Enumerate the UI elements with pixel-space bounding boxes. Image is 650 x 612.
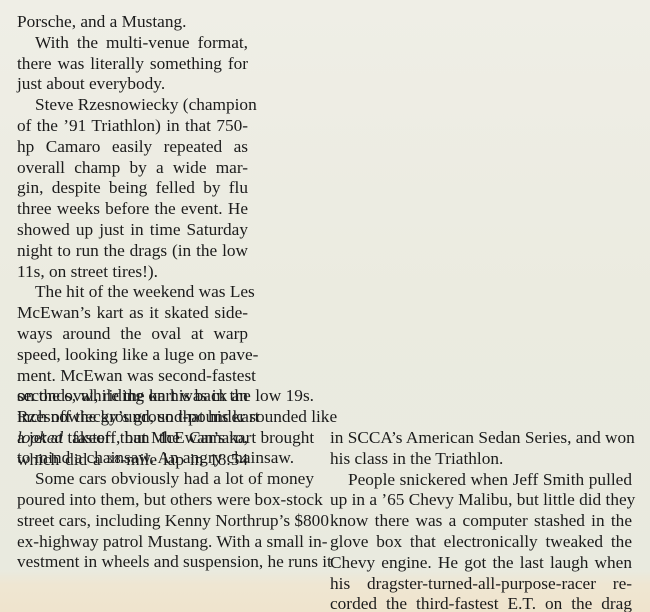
text-line: ment. McEwan was second-fastest (17, 366, 248, 387)
text-line: know there was a computer stashed in the (330, 511, 632, 532)
text-line: gin, despite being felled by flu (17, 178, 248, 199)
paragraph-start-line: With the multi-venue format, (17, 33, 248, 54)
text-line: speed, looking like a luge on pave- (17, 345, 248, 366)
paragraph-start-line: Some cars obviously had a lot of money (17, 469, 314, 490)
text-line: three weeks before the event. He (17, 199, 248, 220)
text-line: to mind a chainsaw. An angry chainsaw. (17, 448, 314, 469)
paragraph-start-line: People snickered when Jeff Smith pulled (330, 470, 632, 491)
text-line: seconds, while the kart was in the low 1… (17, 386, 314, 407)
text-line: in SCCA’s American Sedan Series, and won (330, 428, 632, 449)
text-line: ex-highway patrol Mustang. With a small … (17, 532, 314, 553)
text-line: ways around the oval at warp (17, 324, 248, 345)
text-line: there was literally something for (17, 54, 248, 75)
text-line: his dragster-turned-all-purpose-racer re… (330, 574, 632, 595)
text-line: Rzesnowiecky’s ground-pounder sounded li… (17, 407, 314, 428)
article-column-right: in SCCA’s American Sedan Series, and won… (330, 428, 632, 612)
text-line: his class in the Triathlon. (330, 449, 632, 470)
text-line: Porsche, and a Mustang. (17, 12, 248, 33)
text-line: night to run the drags (in the low (17, 241, 248, 262)
text-line: hp Camaro easily repeated as (17, 137, 248, 158)
paragraph-start-line: The hit of the weekend was Les (17, 282, 248, 303)
text-line: up in a ’65 Chevy Malibu, but little did… (330, 490, 632, 511)
paragraph-start-line: Steve Rzesnowiecky (champion (17, 95, 248, 116)
text-line: McEwan’s kart as it skated side- (17, 303, 248, 324)
text-line: poured into them, but others were box-st… (17, 490, 314, 511)
text-line: showed up just in time Saturday (17, 220, 248, 241)
text-line: vestment in wheels and suspension, he ru… (17, 552, 314, 573)
text-line: 11s, on street tires!). (17, 262, 248, 283)
text-line: of the ’91 Triathlon) in that 750- (17, 116, 248, 137)
article-column-left-wide: seconds, while the kart was in the low 1… (17, 386, 314, 573)
magazine-page: Porsche, and a Mustang. With the multi-v… (0, 0, 650, 612)
text-line: Chevy engine. He got the last laugh when (330, 553, 632, 574)
text-line: street cars, including Kenny Northrup’s … (17, 511, 314, 532)
text-line: a jet at takeoff, but McEwan’s kart brou… (17, 428, 314, 449)
text-line: corded the third-fastest E.T. on the dra… (330, 594, 632, 612)
text-line: glove box that electronically tweaked th… (330, 532, 632, 553)
text-line: just about everybody. (17, 74, 248, 95)
text-line: overall champ by a wide mar- (17, 158, 248, 179)
